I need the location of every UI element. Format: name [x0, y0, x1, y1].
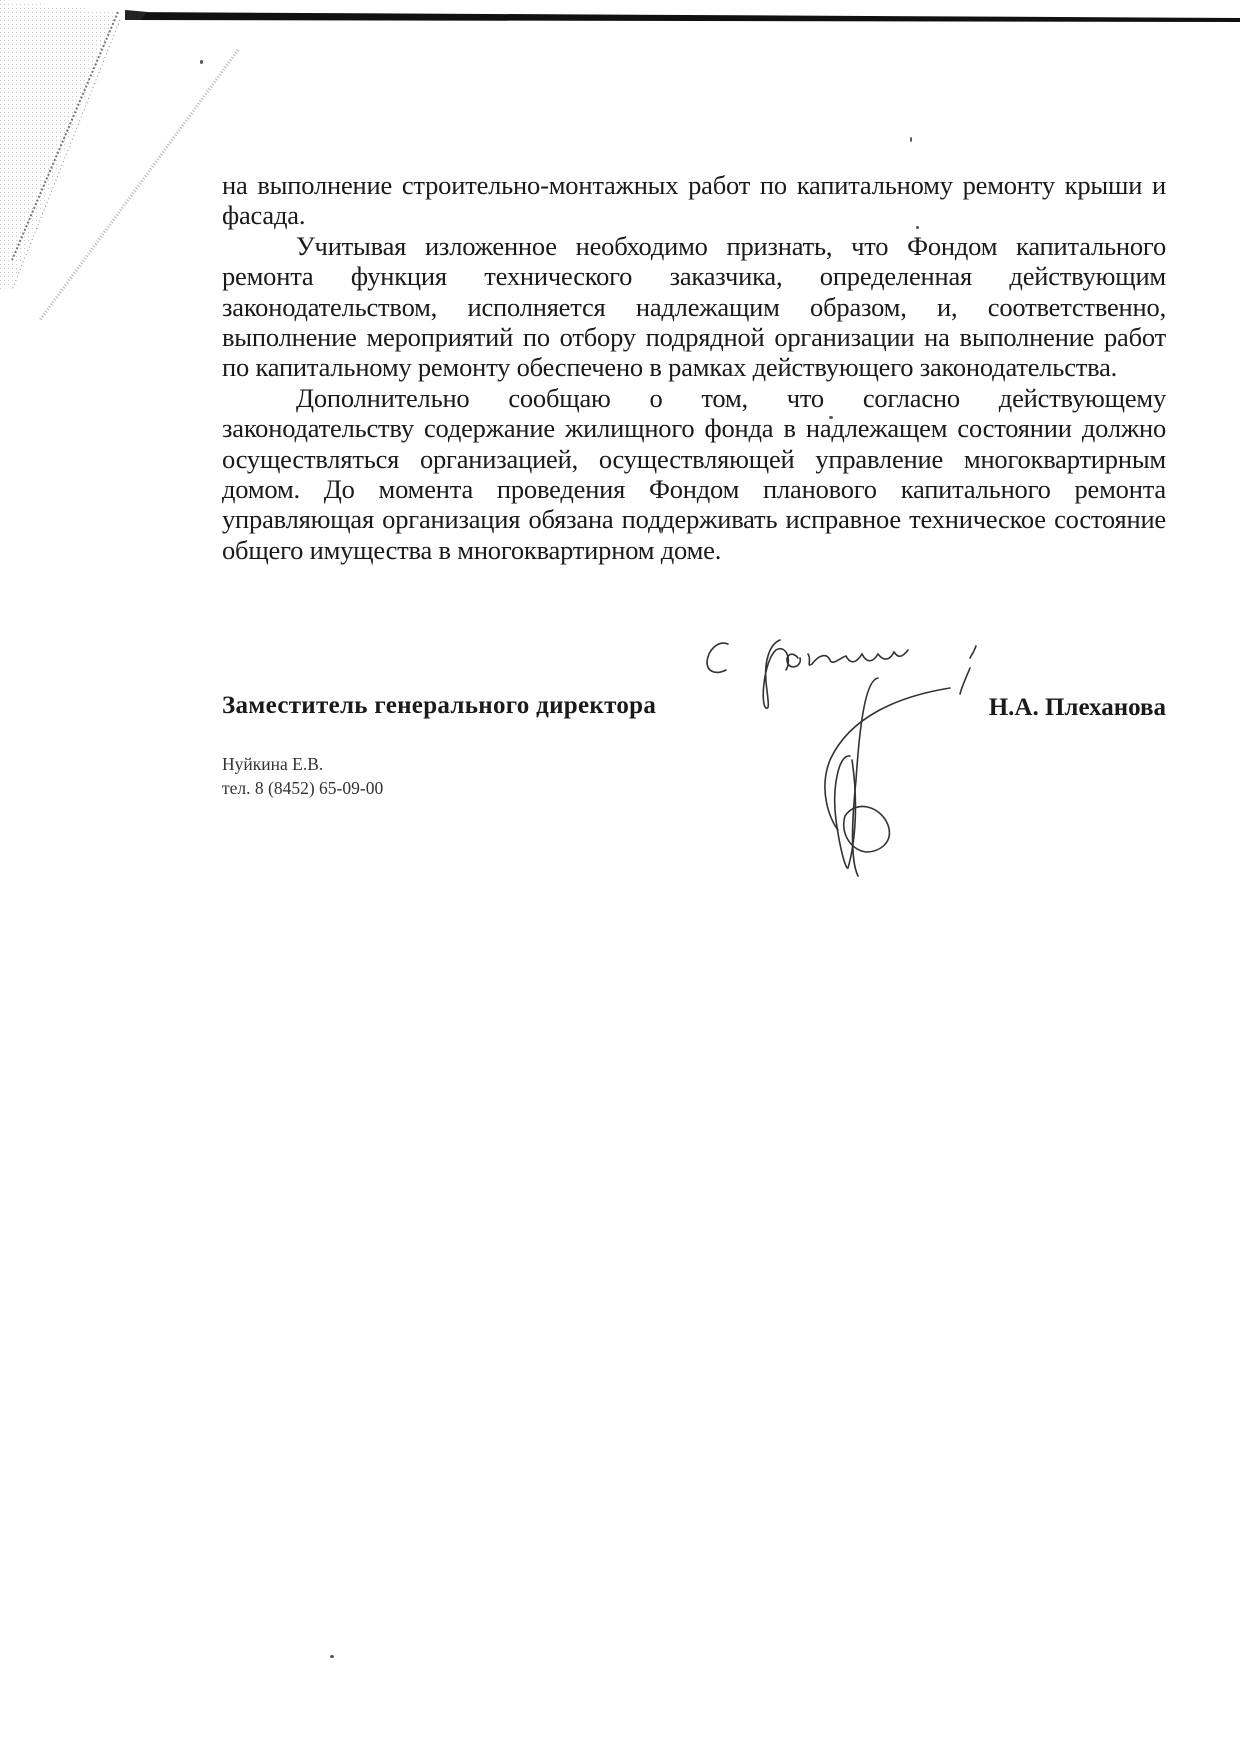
scan-speck — [330, 1655, 334, 1658]
executor-contact: Нуйкина Е.В. тел. 8 (8452) 65-09-00 — [222, 752, 383, 800]
paragraph-continuation: на выполнение строительно-монтажных рабо… — [222, 170, 1166, 231]
scan-speck — [200, 60, 203, 64]
signatory-name: Н.А. Плеханова — [989, 694, 1166, 722]
executor-name: Нуйкина Е.В. — [222, 752, 383, 776]
scan-speck — [916, 226, 919, 229]
scan-speck — [910, 137, 912, 142]
paragraph-additional-info: Дополнительно сообщаю о том, что согласн… — [222, 383, 1166, 565]
executor-phone: тел. 8 (8452) 65-09-00 — [222, 776, 383, 800]
handwritten-signature: С уважением, — [680, 620, 1080, 890]
signature-block: Заместитель генерального директора Н.А. … — [222, 692, 1166, 732]
signatory-title: Заместитель генерального директора — [222, 692, 656, 720]
paragraph-conclusion: Учитывая изложенное необходимо признать,… — [222, 231, 1166, 383]
letter-body: на выполнение строительно-монтажных рабо… — [222, 170, 1166, 565]
scan-speck — [829, 416, 833, 419]
